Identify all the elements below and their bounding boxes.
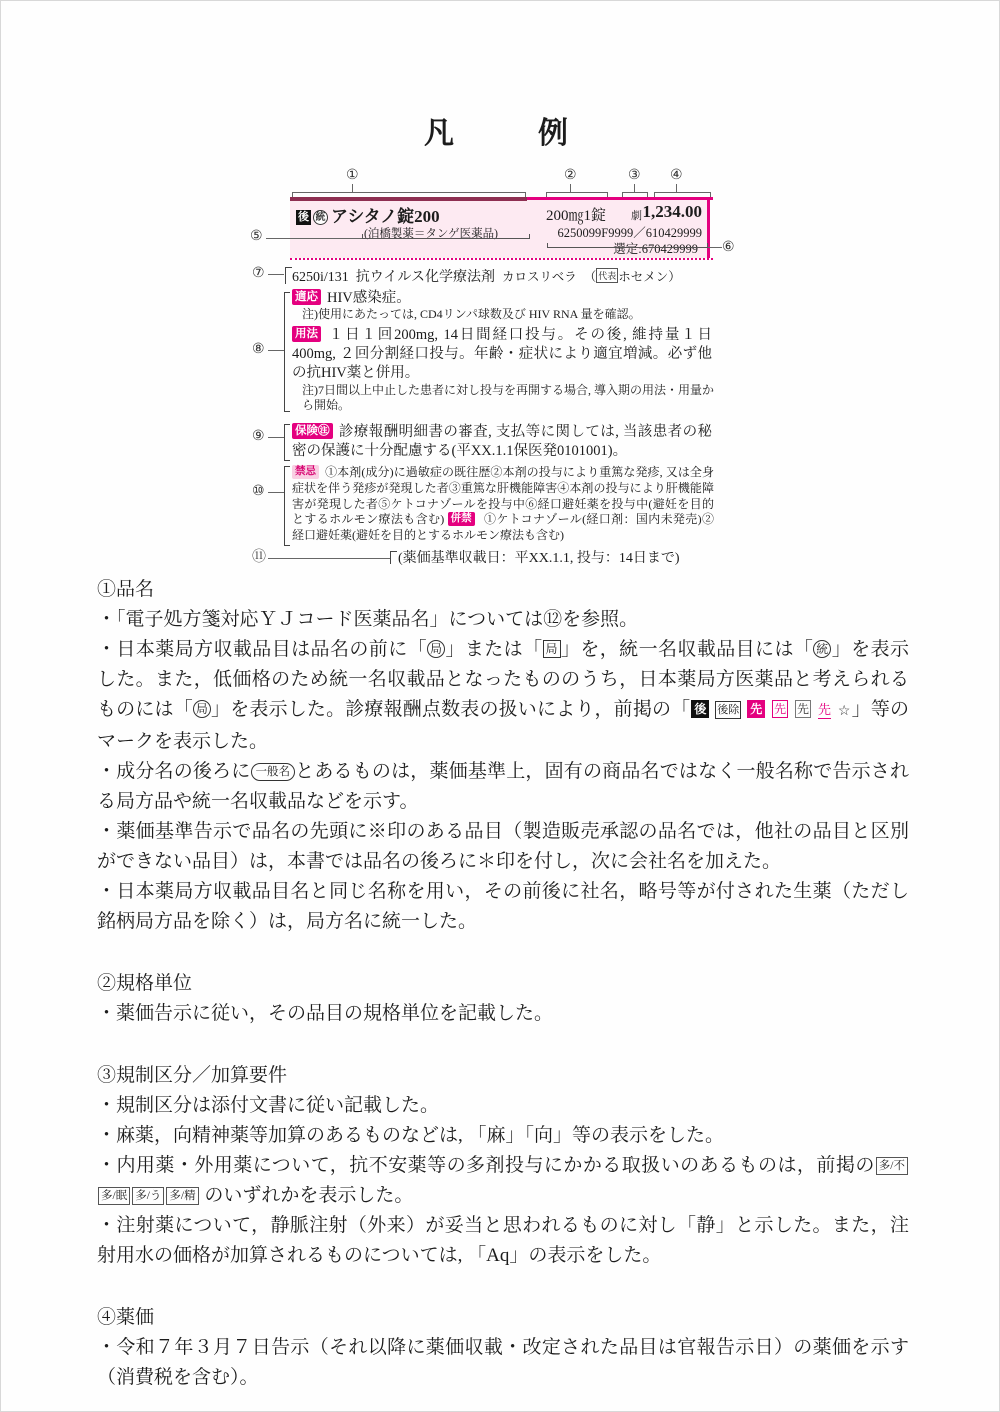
callout-8-bracket (284, 292, 290, 412)
legend-page: 凡 例 ① ② ③ ④ 後統アシタノ錠200 200㎎1錠 劇 1,234.00… (0, 0, 1000, 1412)
callout-7: ⑦ (252, 267, 265, 281)
insurance-badge: 保険㊟ (292, 423, 333, 439)
contra-paragraph: 禁忌①本剤(成分)に過敏症の既往歴②本剤の投与により重篤な発疹, 又は全身症状を… (292, 465, 714, 544)
text-run: 」または「 (445, 639, 542, 660)
section-1-heading: ①品名 (97, 575, 909, 605)
callout-2: ② (564, 169, 577, 183)
callout-9: ⑨ (252, 430, 265, 444)
contra-badge: 禁忌 (292, 465, 319, 479)
generic-black-mark: 後 (691, 700, 709, 718)
page-title: 凡 例 (0, 108, 1000, 152)
multi-hypnotic-mark: 多/眠 (98, 1187, 130, 1205)
brand-pink-outline-mark: 先 (772, 700, 788, 718)
header-pink-bar (527, 197, 713, 200)
unified-name-mark: 統 (313, 210, 328, 225)
callout-3: ③ (628, 169, 641, 183)
star-mark: ☆ (838, 697, 851, 727)
sample-entry-diagram: ① ② ③ ④ 後統アシタノ錠200 200㎎1錠 劇 1,234.00 625… (0, 168, 1000, 572)
callout-6: ⑥ (722, 241, 735, 255)
section-1-bullet-3: ・成分名の後ろに一般名とあるものは，薬価基準上，固有の商品名ではなく一般名称で告… (97, 757, 909, 817)
indication-text: HIV感染症。 (327, 290, 411, 306)
text-run: 」を，統一名収載品目には「 (561, 639, 814, 660)
entry-divider-dotted (290, 258, 713, 260)
class-kana: カロスリベラ (502, 270, 577, 284)
section-3-bullet-4: ・注射薬について，静脈注射（外来）が妥当と思われるものに対し「静」と示した。また… (97, 1211, 909, 1271)
generic-excluded-mark: 後除 (715, 701, 741, 719)
generic-name-mark: 一般名 (251, 763, 296, 781)
usage-badge: 用法 (292, 326, 321, 342)
brand-gray-box-mark: 先 (795, 700, 811, 718)
callout-10: ⑩ (252, 485, 265, 499)
usage-text: １日１回200mg, 14日間経口投与。その後, 維持量１日400mg, ２回分… (292, 327, 712, 381)
section-2-heading: ②規格単位 (97, 969, 909, 999)
usage-note: 注)7日間以上中止した患者に対し投与を再開する場合, 導入期の用法・用量から開始… (302, 383, 714, 413)
rep-open: （ (584, 270, 597, 284)
callout-11: ⑪ (252, 551, 266, 565)
header-dark-bar (290, 197, 527, 201)
indication-badge: 適応 (292, 289, 321, 305)
kyoku-box-mark: 局 (543, 640, 561, 658)
text-run: ・日本薬局方収載品目は品名の前に「 (97, 639, 427, 660)
bracket-maker (362, 234, 530, 239)
text-run: ・内用薬・外用薬について，抗不安薬等の多剤投与にかかる取扱いのあるものは，前掲の (97, 1155, 875, 1176)
insurance-text: 診療報酬明細書の審査, 支払等に関しては, 当該患者の秘密の保護に十分配慮する(… (292, 424, 712, 459)
bracket-codes (547, 243, 708, 248)
text-run: ・成分名の後ろに (97, 761, 251, 782)
regulation-mark: 劇 (631, 207, 642, 223)
callout-7-bracket (285, 267, 292, 284)
class-code: 6250i/131 (292, 270, 349, 285)
callout-7-line (268, 274, 284, 275)
drug-name-line: 後統アシタノ錠200 (296, 202, 440, 227)
callout-9-line (268, 437, 284, 438)
drug-name: アシタノ錠200 (331, 207, 440, 226)
callout-10-bracket (284, 466, 290, 546)
brand-pink-filled-mark: 先 (747, 700, 765, 718)
generic-drug-mark: 後 (296, 210, 311, 225)
spec-unit: 200㎎1錠 (546, 204, 606, 225)
kyoku-circle-mark-2: 局 (193, 700, 211, 718)
section-4: ④薬価 ・令和７年３月７日告示（それ以降に薬価収載・改定された品目は官報告示日）… (97, 1303, 909, 1393)
section-2-bullet-1: ・薬価告示に従い，その品目の規格単位を記載した。 (97, 999, 909, 1029)
indication-paragraph: 適応HIV感染症。 (292, 289, 712, 308)
section-3-bullet-3: ・内用薬・外用薬について，抗不安薬等の多剤投与にかかる取扱いのあるものは，前掲の… (97, 1151, 909, 1211)
section-3-heading: ③規制区分／加算要件 (97, 1061, 909, 1091)
callout-11-bracket (390, 551, 397, 564)
kyoku-circle-mark: 局 (427, 640, 445, 658)
text-run: のいずれかを表示した。 (200, 1185, 414, 1206)
callout-11-line (268, 558, 390, 559)
section-3: ③規制区分／加算要件 ・規制区分は添付文書に従い記載した。 ・麻薬，向精神薬等加… (97, 1061, 909, 1271)
text-run: 」を表示した。診療報酬点数表の扱いにより，前掲の「 (211, 699, 690, 720)
section-4-bullet-1: ・令和７年３月７日告示（それ以降に薬価収載・改定された品目は官報告示日）の薬価を… (97, 1333, 909, 1393)
drug-price: 1,234.00 (643, 202, 703, 222)
listing-date-text: (薬価基準収載日：平XX.1.1, 投与：14日まで) (398, 549, 718, 568)
section-4-heading: ④薬価 (97, 1303, 909, 1333)
tou-circle-mark: 統 (813, 640, 831, 658)
indication-note: 注)使用にあたっては, CD4リンパ球数及び HIV RNA 量を確認。 (302, 307, 712, 322)
usage-paragraph: 用法１日１回200mg, 14日間経口投与。その後, 維持量１日400mg, ２… (292, 326, 712, 383)
insurance-paragraph: 保険㊟診療報酬明細書の審査, 支払等に関しては, 当該患者の秘密の保護に十分配慮… (292, 423, 712, 461)
class-category: 抗ウイルス化学療法剤 (356, 270, 495, 285)
section-1-bullet-5: ・日本薬局方収載品目名と同じ名称を用い，その前後に社名，略号等が付された生薬（た… (97, 877, 909, 937)
combined-contra-badge: 併禁 (448, 512, 475, 526)
callout-8-line (268, 350, 284, 351)
section-3-bullet-2: ・麻薬，向精神薬等加算のあるものなどは, 「麻」「向」等の表示をした。 (97, 1121, 909, 1151)
multi-anxiolytic-mark: 多/不 (876, 1157, 908, 1175)
callout-5-line (266, 238, 362, 239)
multi-antipsychotic-mark: 多/精 (166, 1187, 198, 1205)
callout-6-line (708, 247, 722, 248)
classification-line: 6250i/131 抗ウイルス化学療法剤 カロスリベラ （代表ホセメン） (292, 266, 681, 286)
explanatory-text: ①品名 ・「電子処方箋対応ＹＪコード医薬品名」については⑫を参照。 ・日本薬局方… (97, 575, 909, 1393)
multi-antidepressant-mark: 多/う (132, 1187, 164, 1205)
callout-10-line (268, 492, 284, 493)
callout-1: ① (346, 169, 359, 183)
representative-mark: 代表 (596, 268, 618, 283)
rep-name: ホセメン） (618, 270, 681, 284)
section-1-bullet-4: ・薬価基準告示で品名の先頭に※印のある品目（製造販売承認の品名では，他社の品目と… (97, 817, 909, 877)
section-1-bullet-1: ・「電子処方箋対応ＹＪコード医薬品名」については⑫を参照。 (97, 605, 909, 635)
callout-4: ④ (670, 169, 683, 183)
callout-9-bracket (284, 424, 290, 461)
section-3-bullet-1: ・規制区分は添付文書に従い記載した。 (97, 1091, 909, 1121)
section-1-bullet-2: ・日本薬局方収載品目は品名の前に「局」または「局」を，統一名収載品目には「統」を… (97, 635, 909, 757)
section-2: ②規格単位 ・薬価告示に従い，その品目の規格単位を記載した。 (97, 969, 909, 1029)
callout-5: ⑤ (250, 230, 263, 244)
brand-pink-underline-mark: 先 (818, 702, 831, 719)
section-1: ①品名 ・「電子処方箋対応ＹＪコード医薬品名」については⑫を参照。 ・日本薬局方… (97, 575, 909, 937)
selection-code: 選定:670429999 (613, 239, 698, 257)
callout-8: ⑧ (252, 343, 265, 357)
